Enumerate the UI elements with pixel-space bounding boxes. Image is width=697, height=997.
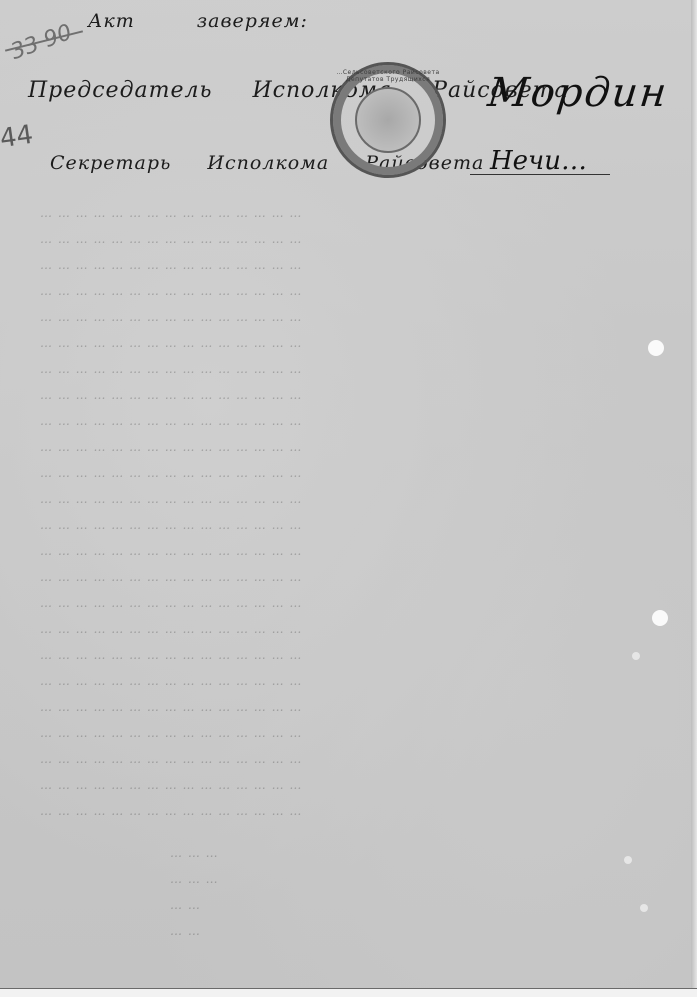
faint-line: … … … … … … … … … … … … … … … bbox=[40, 460, 660, 486]
faint-line: … … … … … … … … … … … … … … … bbox=[40, 330, 660, 356]
faint-line: … … … … … … … … … … … … … … … bbox=[40, 356, 660, 382]
page-right-edge bbox=[691, 0, 697, 990]
stamp-text: …Сельсоветского Райсовета Депутатов Труд… bbox=[333, 69, 443, 83]
chairman-role-word: Председатель bbox=[28, 78, 213, 103]
faint-body-text: … … … … … … … … … … … … … … … … … … … … … bbox=[40, 200, 660, 824]
faint-line: … … … … … … … … … … … … … … … bbox=[40, 694, 660, 720]
faint-line: … … … … … … … … … … … … … … … bbox=[40, 278, 660, 304]
faint-line: … … … … … … … … … … … … … … … bbox=[40, 226, 660, 252]
faint-line: … … … … … … … … … … … … … … … bbox=[40, 772, 660, 798]
paper-speck bbox=[624, 856, 632, 864]
heading-word-2: заверяем: bbox=[197, 10, 308, 32]
document-page: 33 90 44 Актзаверяем: ПредседательИсполк… bbox=[0, 0, 697, 990]
faint-line: … … … … … … … … … … … … … … … bbox=[40, 252, 660, 278]
folio-number-note: 44 bbox=[0, 120, 35, 154]
faint-bottom-notes: … … … … … … … … … … bbox=[170, 840, 470, 944]
emblem-icon bbox=[355, 87, 421, 153]
page-bottom-edge bbox=[0, 988, 697, 997]
faint-line: … … … … … … … … … … … … … … … bbox=[40, 642, 660, 668]
faint-line: … … bbox=[170, 918, 470, 944]
punch-hole bbox=[648, 340, 664, 356]
faint-line: … … … … … … … … … … … … … … … bbox=[40, 668, 660, 694]
faint-line: … … … … … … … … … … … … … … … bbox=[40, 564, 660, 590]
signature-flourish bbox=[470, 174, 610, 175]
chairman-signature: Мордин bbox=[486, 70, 671, 116]
secretary-signature: Нечи… bbox=[490, 146, 587, 176]
official-round-stamp: …Сельсоветского Райсовета Депутатов Труд… bbox=[330, 62, 446, 178]
secretary-role-word: Секретарь bbox=[50, 152, 171, 174]
faint-line: … … … … … … … … … … … … … … … bbox=[40, 434, 660, 460]
attestation-heading: Актзаверяем: bbox=[88, 10, 308, 32]
faint-line: … … … bbox=[170, 866, 470, 892]
faint-line: … … … … … … … … … … … … … … … bbox=[40, 746, 660, 772]
paper-speck bbox=[640, 904, 648, 912]
heading-word-1: Акт bbox=[88, 10, 135, 32]
faint-line: … … … … … … … … … … … … … … … bbox=[40, 200, 660, 226]
secretary-role-word: Исполкома bbox=[207, 152, 329, 174]
faint-line: … … … … … … … … … … … … … … … bbox=[40, 720, 660, 746]
faint-line: … … … … … … … … … … … … … … … bbox=[40, 590, 660, 616]
faint-line: … … … … … … … … … … … … … … … bbox=[40, 798, 660, 824]
faint-line: … … … … … … … … … … … … … … … bbox=[40, 382, 660, 408]
faint-line: … … … … … … … … … … … … … … … bbox=[40, 616, 660, 642]
faint-line: … … … … … … … … … … … … … … … bbox=[40, 512, 660, 538]
faint-line: … … … … … … … … … … … … … … … bbox=[40, 408, 660, 434]
faint-line: … … … … … … … … … … … … … … … bbox=[40, 304, 660, 330]
faint-line: … … … … … … … … … … … … … … … bbox=[40, 486, 660, 512]
paper-speck bbox=[632, 652, 640, 660]
archive-number-note: 33 90 bbox=[8, 20, 76, 65]
faint-line: … … … bbox=[170, 840, 470, 866]
faint-line: … … bbox=[170, 892, 470, 918]
faint-line: … … … … … … … … … … … … … … … bbox=[40, 538, 660, 564]
punch-hole bbox=[652, 610, 668, 626]
